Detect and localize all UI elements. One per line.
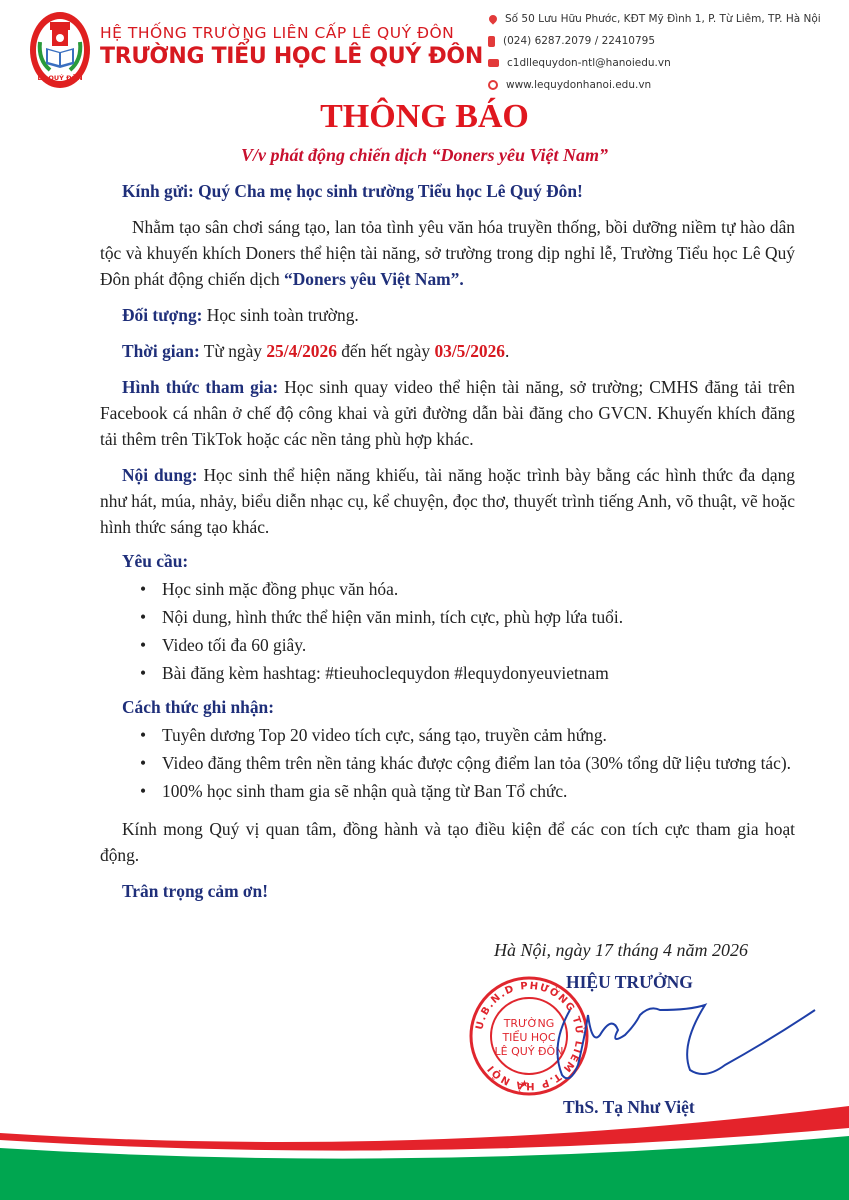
globe-icon [488, 80, 498, 90]
letterhead: LÊ QUÝ ĐÔN HỆ THỐNG TRƯỜNG LIÊN CẤP LÊ Q… [0, 0, 849, 95]
intro-paragraph: Nhằm tạo sân chơi sáng tạo, lan tỏa tình… [100, 214, 795, 292]
school-names: HỆ THỐNG TRƯỜNG LIÊN CẤP LÊ QUÝ ĐÔN TRƯỜ… [100, 24, 483, 69]
notice-subtitle: V/v phát động chiến dịch “Doners yêu Việ… [0, 145, 849, 166]
recognition-heading: Cách thức ghi nhận: [122, 694, 795, 720]
time-line: Thời gian: Từ ngày 25/4/2026 đến hết ngà… [122, 338, 795, 364]
audience-line: Đối tượng: Học sinh toàn trường. [122, 302, 795, 328]
contact-phone: (024) 6287.2079 / 22410795 [488, 30, 821, 52]
svg-text:LÊ QUÝ ĐÔN: LÊ QUÝ ĐÔN [37, 73, 82, 82]
list-item: Học sinh mặc đồng phục văn hóa. [162, 576, 795, 602]
system-name: HỆ THỐNG TRƯỜNG LIÊN CẤP LÊ QUÝ ĐÔN [100, 24, 483, 42]
closing-paragraph: Kính mong Quý vị quan tâm, đồng hành và … [100, 816, 795, 868]
format-paragraph: Hình thức tham gia: Học sinh quay video … [100, 374, 795, 452]
end-date: 03/5/2026 [434, 341, 505, 361]
list-item: Video đăng thêm trên nền tảng khác được … [162, 750, 795, 776]
greeting: Kính gửi: Quý Cha mẹ học sinh trường Tiể… [122, 178, 795, 204]
content-paragraph: Nội dung: Học sinh thể hiện năng khiếu, … [100, 462, 795, 540]
list-item: Video tối đa 60 giây. [162, 632, 795, 658]
list-item: Nội dung, hình thức thể hiện văn minh, t… [162, 604, 795, 630]
handwritten-signature-icon [540, 985, 820, 1095]
list-item: Bài đăng kèm hashtag: #tieuhoclequydon #… [162, 660, 795, 686]
contact-info: Số 50 Lưu Hữu Phước, KĐT Mỹ Đình 1, P. T… [488, 8, 821, 96]
requirements-heading: Yêu cầu: [122, 548, 795, 574]
mail-icon [488, 59, 499, 67]
address-text: Số 50 Lưu Hữu Phước, KĐT Mỹ Đình 1, P. T… [505, 13, 821, 25]
contact-email[interactable]: c1dllequydon-ntl@hanoiedu.vn [488, 52, 821, 74]
location-pin-icon [487, 13, 498, 24]
footer-wave [0, 1100, 849, 1200]
email-link[interactable]: c1dllequydon-ntl@hanoiedu.vn [507, 57, 671, 69]
website-link[interactable]: www.lequydonhanoi.edu.vn [506, 79, 651, 91]
phone-text: (024) 6287.2079 / 22410795 [503, 35, 655, 47]
campaign-name: “Doners yêu Việt Nam”. [284, 269, 464, 289]
list-item: 100% học sinh tham gia sẽ nhận quà tặng … [162, 778, 795, 804]
school-name: TRƯỜNG TIỂU HỌC LÊ QUÝ ĐÔN [100, 44, 483, 69]
requirements-list: Học sinh mặc đồng phục văn hóa. Nội dung… [122, 576, 795, 686]
contact-website[interactable]: www.lequydonhanoi.edu.vn [488, 74, 821, 96]
svg-text:★: ★ [520, 1079, 529, 1090]
notice-title: THÔNG BÁO [0, 98, 849, 136]
contact-address: Số 50 Lưu Hữu Phước, KĐT Mỹ Đình 1, P. T… [488, 8, 821, 30]
notice-body: Kính gửi: Quý Cha mẹ học sinh trường Tiể… [122, 178, 795, 904]
start-date: 25/4/2026 [266, 341, 337, 361]
phone-icon [488, 36, 495, 47]
thanks-line: Trân trọng cảm ơn! [122, 878, 795, 904]
list-item: Tuyên dương Top 20 video tích cực, sáng … [162, 722, 795, 748]
school-crest-icon: LÊ QUÝ ĐÔN [28, 8, 92, 90]
recognition-list: Tuyên dương Top 20 video tích cực, sáng … [122, 722, 795, 804]
place-date: Hà Nội, ngày 17 tháng 4 năm 2026 [494, 940, 748, 961]
